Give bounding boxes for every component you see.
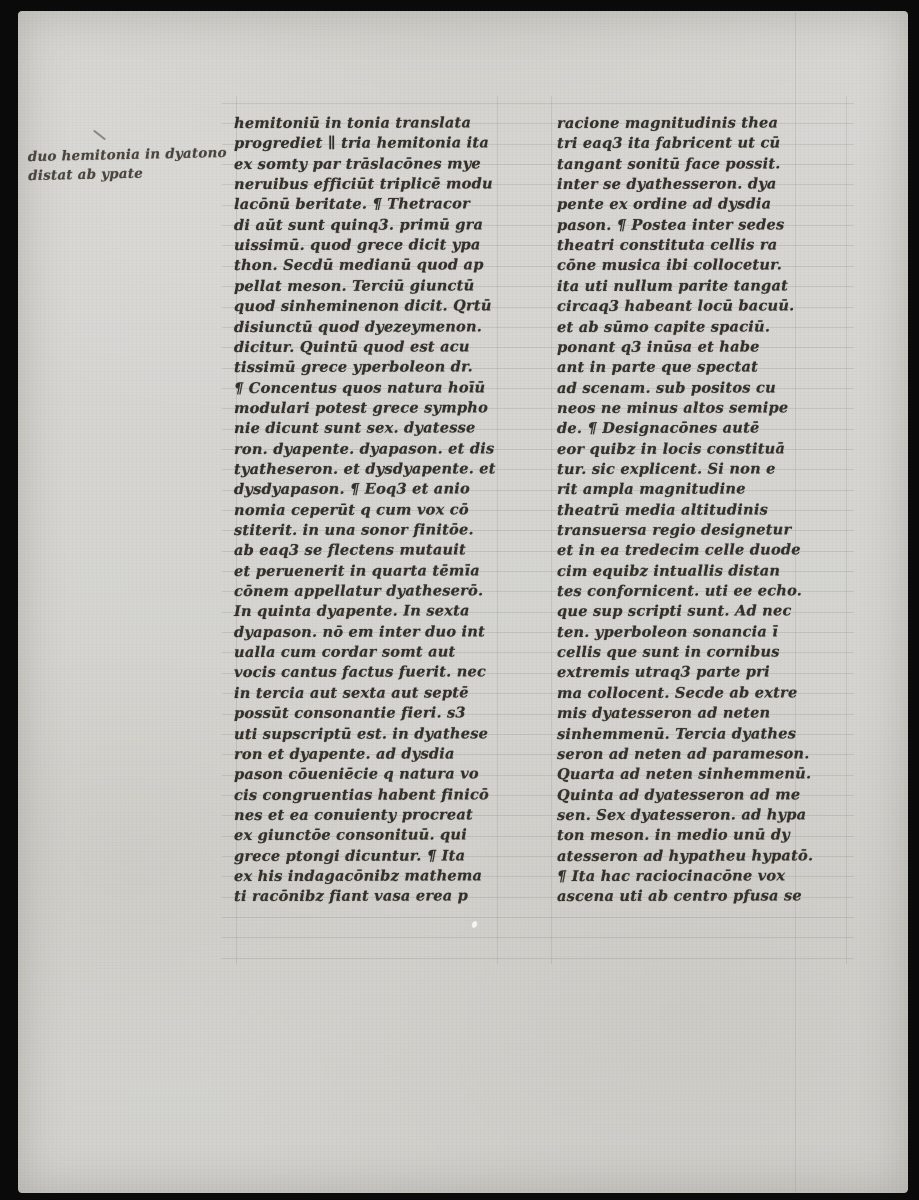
text-line: pellat meson. Terciū giunctū: [234, 276, 474, 298]
text-line: cim equibz intuallis distan: [557, 561, 780, 583]
text-line: tur. sic explicent. Si non e: [557, 459, 776, 481]
text-line: et in ea tredecim celle duode: [557, 541, 801, 563]
text-line: ex giunctōe consonituū. qui: [234, 826, 467, 848]
text-line: sen. Sex dyatesseron. ad hypa: [557, 805, 806, 827]
text-line: ron. dyapente. dyapason. et dis: [234, 439, 494, 461]
text-line: hemitoniū in tonia translata: [234, 113, 471, 135]
text-line: ab eaq3 se flectens mutauit: [234, 541, 466, 563]
text-line: sinhemmenū. Tercia dyathes: [557, 724, 796, 746]
text-line: ex somty par trāslacōnes mye: [234, 154, 481, 176]
text-line: nie dicunt sunt sex. dyatesse: [234, 419, 476, 441]
text-line: ita uti nullum parite tangat: [557, 276, 788, 298]
ruling-hline: [222, 958, 854, 959]
ruling-vline: [551, 96, 552, 964]
text-line: quod sinheminenon dicit. Qrtū: [234, 296, 492, 318]
text-line: Quinta ad dyatesseron ad me: [557, 785, 800, 807]
text-line: transuersa regio designetur: [557, 520, 791, 542]
text-line: pente ex ordine ad dysdia: [557, 195, 771, 217]
manuscript-photo: duo hemitonia in dyatonodistat ab ypate …: [0, 0, 919, 1200]
text-line: et ab sūmo capite spaciū.: [557, 317, 770, 339]
text-line: tyatheseron. et dysdyapente. et: [234, 459, 496, 481]
text-line: ualla cum cordar somt aut: [234, 643, 456, 665]
text-line: disiunctū quod dyezeymenon.: [234, 317, 482, 339]
text-line: ¶ Concentus quos natura hoīū: [234, 378, 485, 400]
text-line: ¶ Ita hac raciocinacōne vox: [557, 866, 785, 888]
text-line: dyapason. nō em inter duo int: [234, 622, 485, 644]
text-line: progrediet ∥ tria hemitonia ita: [234, 134, 489, 156]
text-line: dysdyapason. ¶ Eoq3 et anio: [234, 480, 470, 502]
text-line: modulari potest grece sympho: [234, 398, 488, 420]
text-line: rit ampla magnitudine: [557, 480, 746, 501]
text-line: vocis cantus factus fuerit. nec: [234, 663, 486, 685]
text-line: thon. Secdū medianū quod ap: [234, 256, 484, 278]
text-line: dicitur. Quintū quod est acu: [234, 337, 470, 359]
text-line: cellis que sunt in cornibus: [557, 643, 780, 665]
text-line: tissimū grece yperboleon dr.: [234, 358, 473, 380]
text-line: neruibus efficiūt triplicē modu: [234, 174, 493, 196]
text-line: theatrū media altitudinis: [557, 500, 768, 522]
text-line: circaq3 habeant locū bacuū.: [557, 297, 795, 319]
text-line: cōne musica ibi collocetur.: [557, 256, 782, 278]
text-line: ti racōnibz fiant vasa erea p: [234, 887, 468, 909]
text-line: ponant q3 inūsa et habe: [557, 337, 760, 359]
text-line: lacōnū beritate. ¶ Thetracor: [234, 195, 470, 217]
text-line: grece ptongi dicuntur. ¶ Ita: [234, 846, 465, 868]
text-line: atesseron ad hypatheu hypatō.: [557, 846, 813, 868]
text-line: ant in parte que spectat: [557, 358, 758, 380]
text-line: ron et dyapente. ad dysdia: [234, 744, 455, 766]
text-line: ad scenam. sub positos cu: [557, 378, 776, 400]
text-line: nes et ea conuienty procreat: [234, 805, 473, 827]
text-line: uissimū. quod grece dicit ypa: [234, 235, 481, 257]
text-line: racione magnitudinis thea: [557, 113, 778, 135]
text-line: stiterit. in una sonor finitōe.: [234, 520, 474, 542]
text-column-left: hemitoniū in tonia translataprogrediet ∥…: [234, 114, 506, 926]
text-line: di aūt sunt quinq3. primū gra: [234, 215, 483, 237]
text-line: ton meson. in medio unū dy: [557, 826, 790, 848]
text-line: Quarta ad neten sinhemmenū.: [557, 765, 811, 787]
text-line: ten. yperboleon sonancia ī: [557, 622, 778, 644]
text-line: in tercia aut sexta aut septē: [234, 683, 469, 705]
text-line: eor quibz in locis constituā: [557, 439, 785, 461]
text-line: inter se dyathesseron. dya: [557, 174, 777, 196]
ruling-hline: [222, 937, 854, 938]
text-line: possūt consonantie fieri. s3: [234, 704, 466, 726]
marginal-note: duo hemitonia in dyatonodistat ab ypate: [28, 144, 228, 186]
text-line: uti supscriptū est. in dyathese: [234, 724, 488, 746]
text-line: ex his indagacōnibz mathema: [234, 866, 482, 888]
ruling-hline: [222, 103, 854, 104]
text-line: theatri constituta cellis ra: [557, 236, 777, 258]
text-line: cis congruentias habent finicō: [234, 785, 489, 807]
text-line: que sup scripti sunt. Ad nec: [557, 602, 792, 624]
text-line: tri eaq3 ita fabricent ut cū: [557, 134, 780, 156]
text-line: et peruenerit in quarta tēmīa: [234, 561, 480, 583]
text-line: neos ne minus altos semipe: [557, 398, 788, 420]
text-line: ascena uti ab centro pfusa se: [557, 887, 802, 909]
text-line: mis dyatesseron ad neten: [557, 704, 770, 726]
text-column-right: racione magnitudinis theatri eaq3 ita fa…: [557, 114, 842, 926]
text-line: tes confornicent. uti ee echo.: [557, 581, 802, 603]
text-line: cōnem appellatur dyatheserō.: [234, 581, 483, 603]
text-line: ma collocent. Secde ab extre: [557, 683, 797, 705]
text-line: In quinta dyapente. In sexta: [234, 602, 470, 624]
text-line: pason. ¶ Postea inter sedes: [557, 215, 784, 237]
ruling-vline: [846, 96, 847, 964]
text-line: extremis utraq3 parte pri: [557, 663, 770, 685]
text-line: nomia ceperūt q cum vox cō: [234, 500, 469, 522]
text-line: de. ¶ Designacōnes autē: [557, 419, 760, 441]
text-line: tangant sonitū face possit.: [557, 154, 781, 176]
text-line: pason cōueniēcie q natura vo: [234, 765, 479, 787]
text-line: seron ad neten ad parameson.: [557, 744, 810, 766]
